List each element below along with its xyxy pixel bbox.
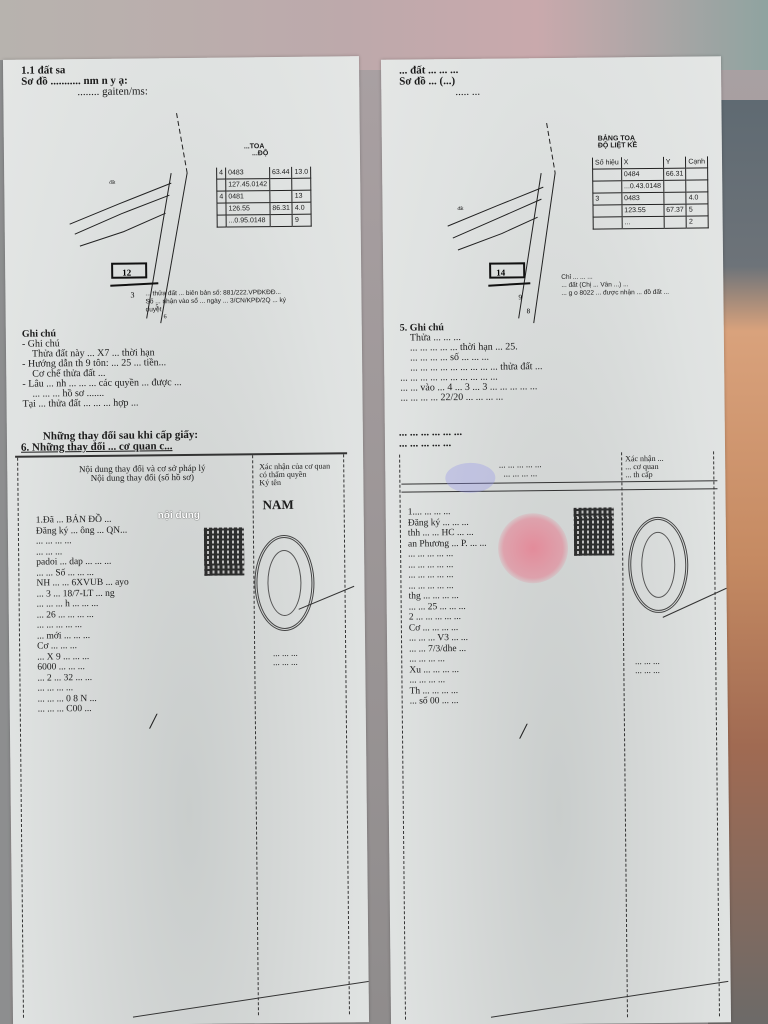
bottom-line <box>133 981 369 1018</box>
officer-signature: ... ... ... ... ... ... <box>273 649 298 667</box>
svg-text:đất: đất <box>109 181 116 186</box>
changes-table-border-2 <box>401 488 717 492</box>
blue-seal <box>445 463 495 494</box>
table-col1-header: Nội dung thay đổi và cơ sở pháp lý Nội d… <box>47 463 237 483</box>
changes-section-title: Những thay đổi sau khi cấp giấy: 6. Nhữn… <box>21 430 198 454</box>
certificate-note: ... thửa đất ... biên bản số: 881/222.VP… <box>145 289 286 314</box>
change-entries: 1.... ... ... ... Đăng ký ... ... ... th… <box>408 507 489 707</box>
svg-text:3: 3 <box>130 291 134 300</box>
table-left-border <box>399 455 406 1020</box>
round-stamp <box>254 535 315 632</box>
header-line-3: ........ gaiten/ms: <box>77 86 148 98</box>
changes-section-title: ... ... ... ... ... ... ... ... ... ... … <box>399 427 462 450</box>
svg-text:6: 6 <box>164 314 167 320</box>
svg-text:12: 12 <box>122 268 132 278</box>
bottom-line <box>491 981 728 1018</box>
red-seal <box>498 513 569 584</box>
change-entries: 1.Đã ... BẢN ĐỒ ... Đăng ký ... ông ... … <box>36 515 130 715</box>
table-column-divider <box>621 452 628 1017</box>
left-header: 1.1 đất sa Sơ đồ ........... nm n y ạ: .… <box>21 64 148 98</box>
table-col2-header: Xác nhận ... ... cơ quan ... th cấp <box>625 455 664 479</box>
right-header: ... đất ... ... ... Sơ đồ ... (...) ....… <box>399 65 480 99</box>
handwritten-mark: / <box>520 718 526 744</box>
plot-table-title: ...TOA ...ĐỘ <box>244 143 268 157</box>
table-col2-header: Xác nhận của cơ quan có thẩm quyền Ký tê… <box>259 462 330 487</box>
table-right-border <box>343 454 350 1014</box>
notes-section: 5. Ghi chú Thửa ... ... ... ... ... ... … <box>400 322 543 403</box>
officer-signature: ... ... ... ... ... ... <box>635 657 660 675</box>
round-stamp <box>628 517 689 614</box>
plot-coordinate-table: 4048363.4413.0 127.45.0142 4048113 126.5… <box>216 167 312 228</box>
svg-text:14: 14 <box>496 268 506 278</box>
handwritten-mark: / <box>150 708 156 734</box>
notes-section: Ghi chú - Ghi chú Thửa đất này ... X7 ..… <box>22 328 182 410</box>
seal-heading: NAM <box>263 497 294 513</box>
qr-label: nội dung <box>158 510 200 521</box>
svg-text:8: 8 <box>527 307 531 315</box>
plot-coordinate-table: Số hiệuXYCạnh 048466.31 ...0.43.0148 304… <box>592 156 709 229</box>
svg-text:9: 9 <box>518 293 522 301</box>
qr-code[interactable] <box>574 507 615 555</box>
qr-code[interactable] <box>204 527 245 575</box>
table-left-border <box>17 458 24 1018</box>
table-right-border <box>713 451 720 1016</box>
table-column-divider <box>252 455 259 1015</box>
svg-text:đất: đất <box>457 207 464 212</box>
plot-table-title: BẢNG TOẠ ĐỘ LIỆT KÊ <box>598 135 637 149</box>
certificate-note: Chỉ ... ... ... ... đất (Chị ... Vân ...… <box>561 273 669 298</box>
left-page: 1.1 đất sa Sơ đồ ........... nm n y ạ: .… <box>3 56 369 1024</box>
right-page: ... đất ... ... ... Sơ đồ ... (...) ....… <box>381 56 731 1024</box>
